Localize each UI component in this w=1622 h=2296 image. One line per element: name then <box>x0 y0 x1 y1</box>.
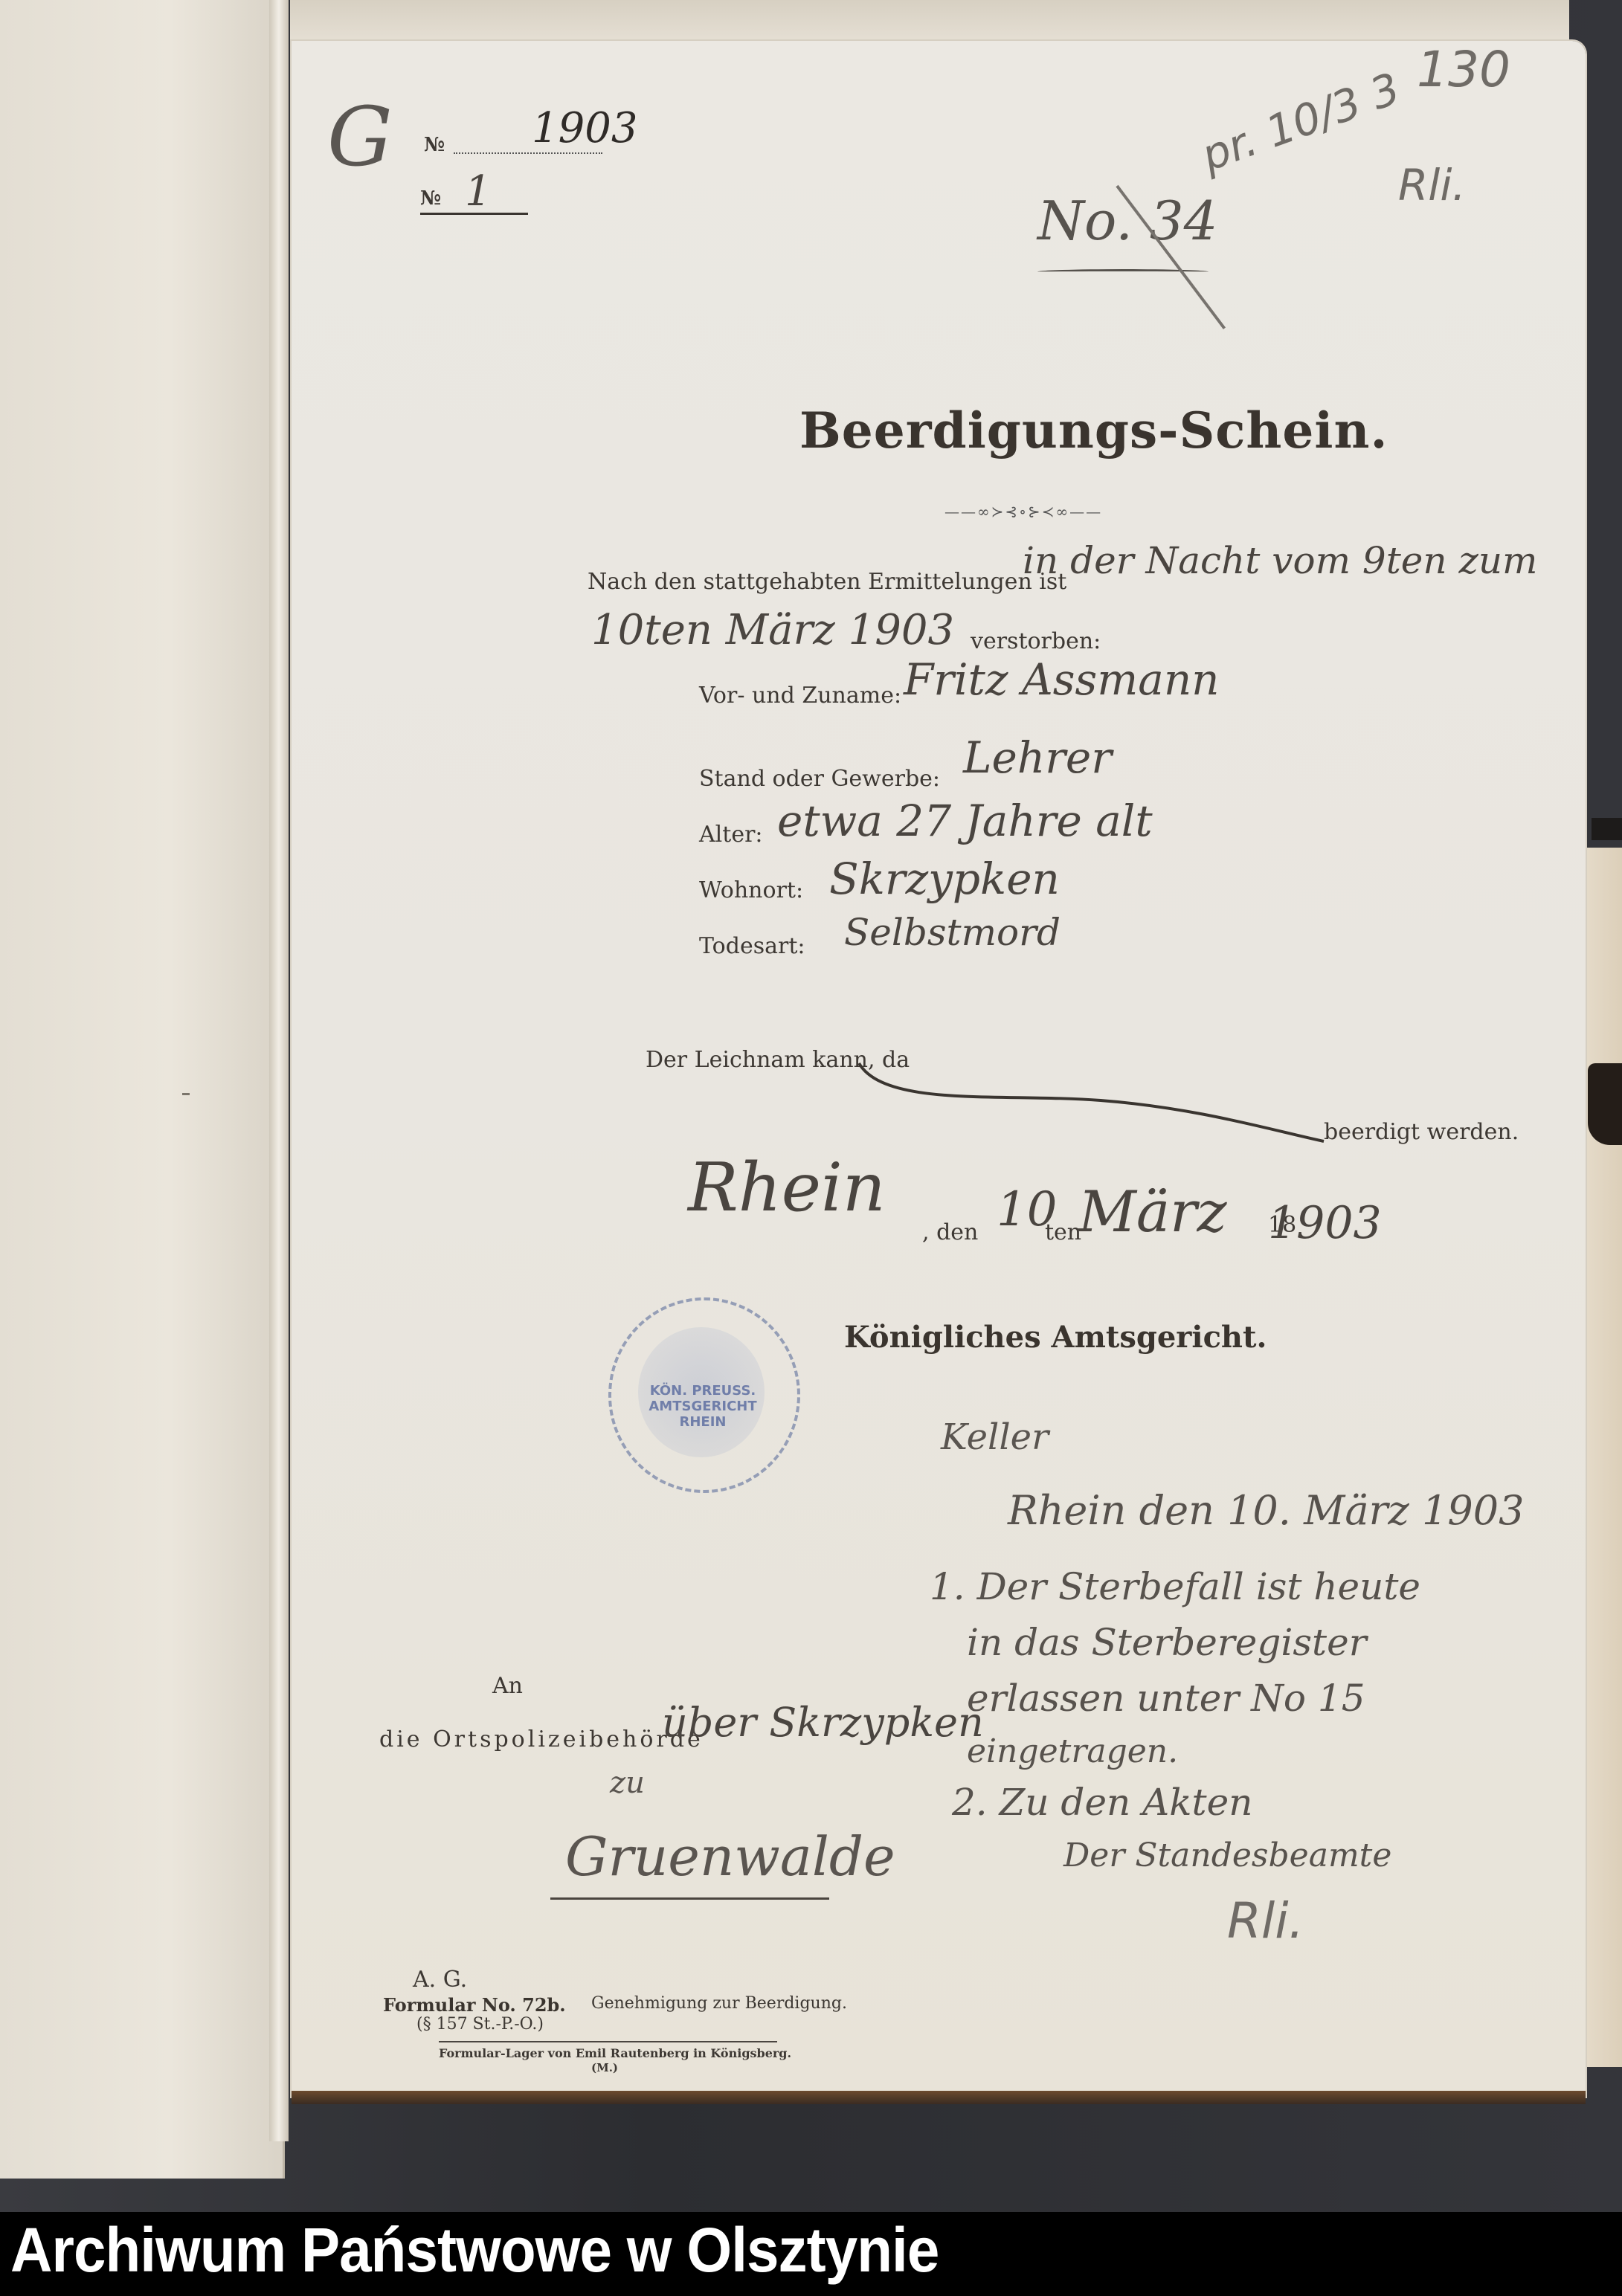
year-handwritten: 1903 <box>1268 1197 1382 1249</box>
stamp-text: KÖN. PREUSS. AMTSGERICHT RHEIN <box>632 1383 773 1430</box>
annotation-line-3: erlassen unter No 15 <box>967 1677 1365 1720</box>
footer-publisher-note: (M.) <box>591 2061 618 2074</box>
intro-printed-text: Nach den stattgehabten Ermittelungen ist <box>588 569 1066 595</box>
month-handwritten: März <box>1078 1178 1227 1245</box>
addressee-an: An <box>492 1673 523 1699</box>
age-label: Alter: <box>699 822 763 848</box>
annotation-line-1: 1. Der Sterbefall ist heute <box>930 1565 1420 1608</box>
addressee-place: Gruenwalde <box>565 1825 895 1888</box>
number-value-1: 1903 <box>532 104 638 152</box>
addressee-zu: zu <box>610 1766 645 1800</box>
judge-signature: Keller <box>941 1416 1049 1458</box>
court-name: Königliches Amtsgericht. <box>844 1320 1267 1355</box>
left-folder-page <box>0 0 285 2179</box>
burial-text-end: beerdigt werden. <box>1324 1119 1519 1145</box>
pencil-initials-top: Rli. <box>1398 160 1466 210</box>
number-label-2: № <box>420 187 441 210</box>
footer-ag: A. G. <box>413 1967 467 1993</box>
den-label: , den <box>922 1219 978 1245</box>
annotation-line-5: 2. Zu den Akten <box>952 1781 1252 1824</box>
document-bottom-edge <box>292 2091 1586 2104</box>
strike-curve-line <box>855 1056 1331 1145</box>
footer-rule <box>439 2041 777 2042</box>
occupation-value: Lehrer <box>963 732 1112 783</box>
ten-suffix: ten <box>1045 1219 1081 1245</box>
archive-caption-text: Archiwum Państwowe w Olsztynie <box>10 2214 939 2286</box>
folder-fold <box>269 0 289 2141</box>
right-underlying-sheet <box>1580 848 1622 2067</box>
right-dark-gap <box>1592 818 1622 840</box>
footer-publisher: Formular-Lager von Emil Rautenberg in Kö… <box>439 2046 791 2060</box>
name-value: Fritz Assmann <box>904 654 1220 705</box>
death-date: 10ten März 1903 <box>591 606 954 654</box>
died-label: verstorben: <box>971 628 1101 654</box>
number-value-2: 1 <box>465 167 492 216</box>
residence-value: Skrzypken <box>829 854 1060 904</box>
footer-paragraph: (§ 157 St.-P.-O.) <box>416 2015 544 2034</box>
addressee-printed: die Ortspolizeibehörde <box>379 1726 704 1752</box>
number-label-1: № <box>424 134 445 156</box>
occupation-label: Stand oder Gewerbe: <box>699 766 940 792</box>
place-handwritten: Rhein <box>688 1149 886 1227</box>
footer-description: Genehmigung zur Beerdigung. <box>591 1994 847 2013</box>
annotation-initials: Rli. <box>1227 1892 1304 1950</box>
annotation-line-2: in das Sterberegister <box>967 1621 1367 1664</box>
top-crumpled-sheet <box>290 0 1569 46</box>
page-title: Beerdigungs-Schein. <box>799 402 1388 459</box>
annotation-line-4: eingetragen. <box>967 1732 1178 1770</box>
addressee-underline <box>550 1897 829 1900</box>
annotation-line-6: Der Standesbeamte <box>1063 1837 1391 1874</box>
number-line-1 <box>454 152 602 154</box>
registry-letter: G <box>327 89 393 184</box>
cause-of-death-value: Selbstmord <box>844 911 1061 954</box>
age-value: etwa 27 Jahre alt <box>777 796 1153 846</box>
left-page-mark <box>182 1093 190 1095</box>
addressee-handwritten: über Skrzypken <box>662 1699 984 1746</box>
number-underline-2 <box>420 213 528 215</box>
name-label: Vor- und Zuname: <box>699 683 901 709</box>
intro-handwritten-text: in der Nacht vom 9ten zum <box>1023 539 1537 582</box>
title-ornament: ——∞≻⊰∘⊱≺∞—— <box>944 503 1102 520</box>
folio-number: 130 <box>1417 41 1510 98</box>
right-dark-gap-2 <box>1588 1063 1622 1145</box>
residence-label: Wohnort: <box>699 877 803 903</box>
annotation-header: Rhein den 10. März 1903 <box>1008 1487 1524 1534</box>
cause-of-death-label: Todesart: <box>699 933 805 959</box>
footer-formular-number: Formular No. 72b. <box>383 1994 566 2016</box>
